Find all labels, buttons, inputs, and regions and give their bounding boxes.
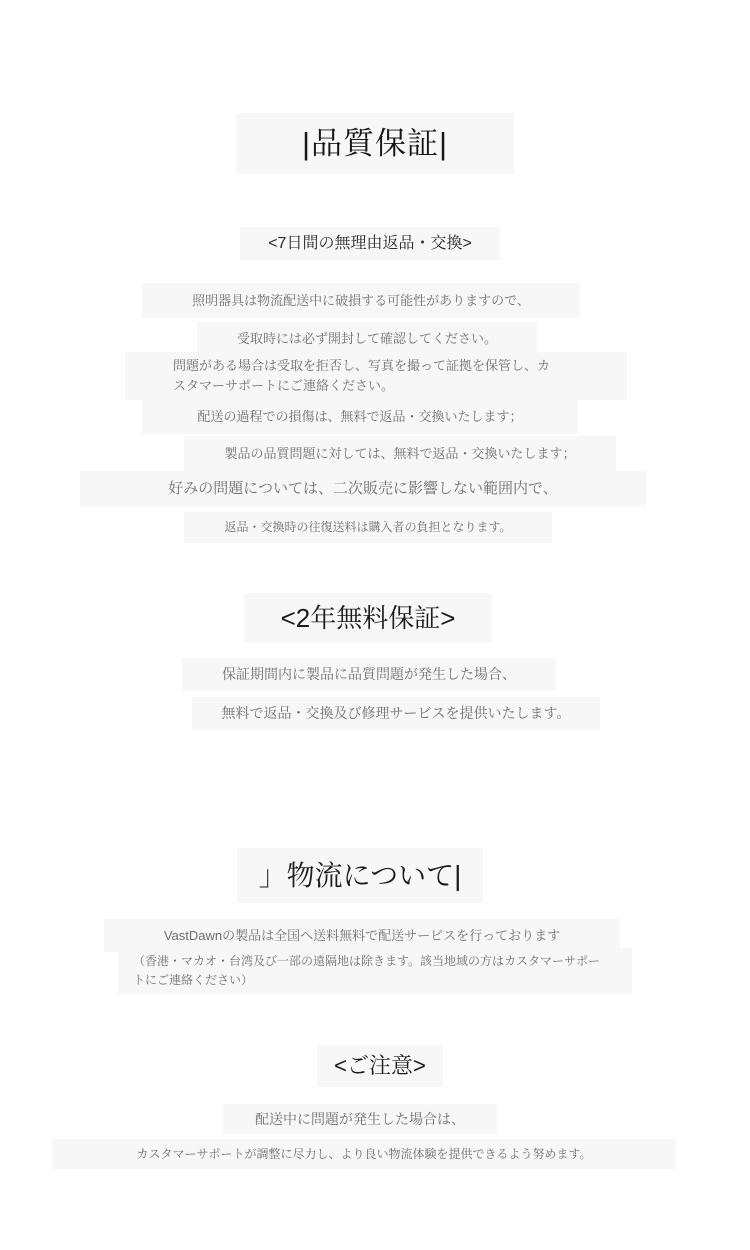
return-exchange-subsection-header: <7日間の無理由返品・交換> <box>0 227 750 260</box>
text-row: 製品の品質問題に対しては、無料で返品・交換いたします； <box>0 436 750 471</box>
text-row: （香港・マカオ・台湾及び一部の遠隔地は除きます。該当地域の方はカスタマーサポート… <box>0 948 750 994</box>
notice-heading: <ご注意> <box>317 1045 443 1087</box>
text-row: 無料で返品・交換及び修理サービスを提供いたします。 <box>0 697 750 730</box>
text-row: 返品・交換時の往復送料は購入者の負担となります。 <box>0 512 750 543</box>
excluded-areas-paragraph: （香港・マカオ・台湾及び一部の遠隔地は除きます。該当地域の方はカスタマーサポート… <box>118 948 632 994</box>
notice-subsection-header: <ご注意> <box>0 1045 750 1087</box>
return-exchange-heading: <7日間の無理由返品・交換> <box>240 227 500 260</box>
warranty-subsection-header: <2年無料保証> <box>0 593 750 643</box>
text-row: カスタマーサポートが調整に尽力し、より良い物流体験を提供できるよう努めます。 <box>0 1139 750 1169</box>
refuse-and-contact-paragraph: 問題がある場合は受取を拒否し、写真を撮って証拠を保管し、カスタマーサポートにご連… <box>125 352 627 400</box>
text-row: 照明器具は物流配送中に破損する可能性がありますので、 <box>0 283 750 318</box>
open-on-receipt-line: 受取時には必ず開封して確認してください。 <box>197 322 537 355</box>
quality-issue-line: 製品の品質問題に対しては、無料で返品・交換いたします； <box>184 436 615 471</box>
text-row: 受取時には必ず開封して確認してください。 <box>0 322 750 355</box>
warranty-condition-line: 保証期間内に製品に品質問題が発生した場合、 <box>182 658 556 691</box>
warranty-service-line: 無料で返品・交換及び修理サービスを提供いたします。 <box>192 697 601 730</box>
text-row: 配送中に問題が発生した場合は、 <box>0 1104 750 1134</box>
shipping-damage-line: 配送の過程での損傷は、無料で返品・交換いたします； <box>142 399 577 434</box>
text-row: 好みの問題については、二次販売に影響しない範囲内で、 <box>0 471 750 507</box>
quality-guarantee-title: |品質保証| <box>236 113 514 174</box>
quality-guarantee-section-header: |品質保証| <box>0 113 750 174</box>
customer-support-line: カスタマーサポートが調整に尽力し、より良い物流体験を提供できるよう努めます。 <box>52 1139 675 1169</box>
preference-issue-line: 好みの問題については、二次販売に影響しない範囲内で、 <box>80 471 645 507</box>
logistics-title: 」物流について| <box>237 848 484 903</box>
return-shipping-cost-line: 返品・交換時の往復送料は購入者の負担となります。 <box>184 512 551 543</box>
warranty-heading: <2年無料保証> <box>244 593 493 643</box>
text-row: 問題がある場合は受取を拒否し、写真を撮って証拠を保管し、カスタマーサポートにご連… <box>0 352 750 400</box>
delivery-problem-line: 配送中に問題が発生した場合は、 <box>223 1104 497 1134</box>
logistics-section-header: 」物流について| <box>0 848 750 903</box>
product-description-page: |品質保証| <7日間の無理由返品・交換> 照明器具は物流配送中に破損する可能性… <box>0 0 750 1250</box>
text-row: 配送の過程での損傷は、無料で返品・交換いたします； <box>0 399 750 434</box>
text-row: 保証期間内に製品に品質問題が発生した場合、 <box>0 658 750 691</box>
damage-possibility-line: 照明器具は物流配送中に破損する可能性がありますので、 <box>142 283 580 318</box>
